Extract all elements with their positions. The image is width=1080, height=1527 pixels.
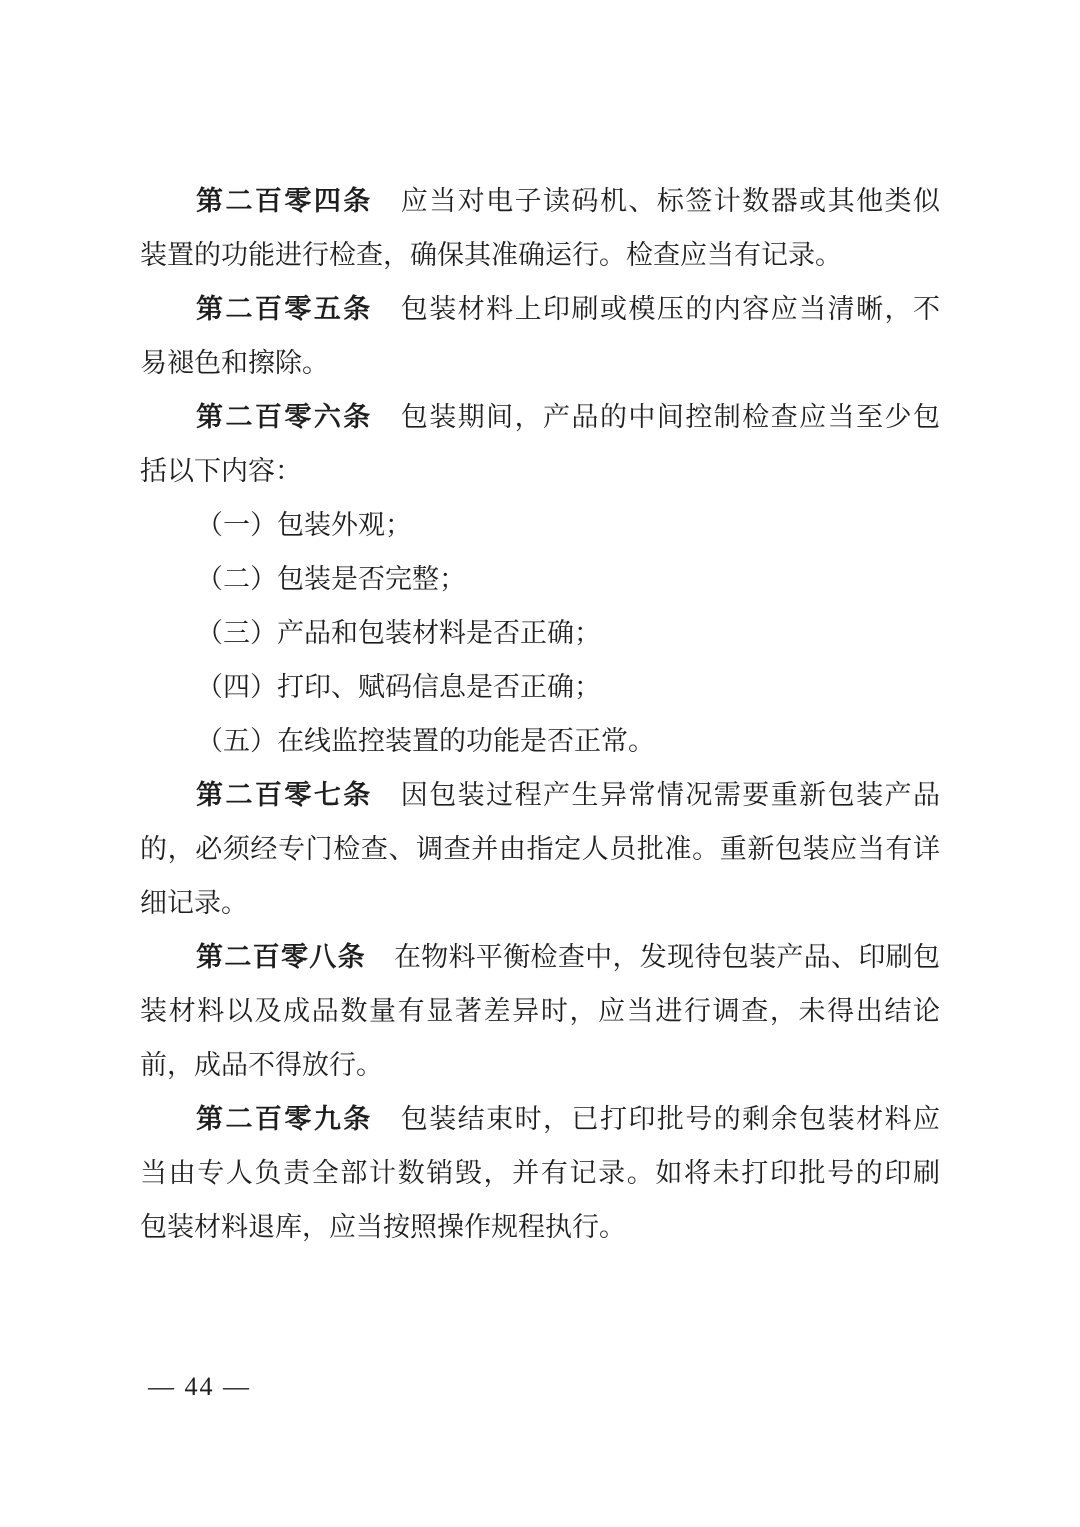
article-207-number: 第二百零七条 <box>196 780 373 810</box>
article-206-list-item-5: （五）在线监控装置的功能是否正常。 <box>140 714 940 768</box>
article-207-text-3: 细记录。 <box>140 888 248 918</box>
article-207-line-2: 的，必须经专门检查、调查并由指定人员批准。重新包装应当有详 <box>140 822 940 876</box>
article-208-text-1: 在物料平衡检查中，发现待包装产品、印刷包 <box>394 942 940 972</box>
article-205-line-1: 第二百零五条包装材料上印刷或模压的内容应当清晰，不 <box>140 282 940 336</box>
article-206-list-item-1: （一）包装外观； <box>140 498 940 552</box>
list-item-4-text: （四）打印、赋码信息是否正确； <box>196 672 601 702</box>
article-206-text-1: 包装期间，产品的中间控制检查应当至少包 <box>401 402 940 432</box>
article-204-text-2: 装置的功能进行检查，确保其准确运行。检查应当有记录。 <box>140 240 842 270</box>
article-209-line-1: 第二百零九条包装结束时，已打印批号的剩余包装材料应 <box>140 1092 940 1146</box>
page-number: — 44 — <box>148 1372 251 1401</box>
article-209-line-2: 当由专人负责全部计数销毁，并有记录。如将未打印批号的印刷 <box>140 1146 940 1200</box>
article-208-line-1: 第二百零八条在物料平衡检查中，发现待包装产品、印刷包 <box>140 930 940 984</box>
article-208-text-3: 前，成品不得放行。 <box>140 1050 383 1080</box>
article-209-text-3: 包装材料退库，应当按照操作规程执行。 <box>140 1212 626 1242</box>
page-footer: — 44 — <box>148 1372 251 1402</box>
list-item-2-text: （二）包装是否完整； <box>196 564 466 594</box>
document-body: 第二百零四条应当对电子读码机、标签计数器或其他类似 装置的功能进行检查，确保其准… <box>140 174 940 1254</box>
list-item-3-text: （三）产品和包装材料是否正确； <box>196 618 601 648</box>
article-204-line-1: 第二百零四条应当对电子读码机、标签计数器或其他类似 <box>140 174 940 228</box>
article-207-text-1: 因包装过程产生异常情况需要重新包装产品 <box>401 780 940 810</box>
article-208-line-2: 装材料以及成品数量有显著差异时，应当进行调查，未得出结论 <box>140 984 940 1038</box>
article-209-number: 第二百零九条 <box>196 1104 373 1134</box>
list-item-1-text: （一）包装外观； <box>196 510 412 540</box>
article-204-line-2: 装置的功能进行检查，确保其准确运行。检查应当有记录。 <box>140 228 940 282</box>
article-204-number: 第二百零四条 <box>196 186 373 216</box>
article-207-text-2: 的，必须经专门检查、调查并由指定人员批准。重新包装应当有详 <box>140 834 940 864</box>
article-206-list-item-4: （四）打印、赋码信息是否正确； <box>140 660 940 714</box>
article-206-number: 第二百零六条 <box>196 402 373 432</box>
article-208-number: 第二百零八条 <box>196 942 366 972</box>
article-205-number: 第二百零五条 <box>196 294 373 324</box>
list-item-5-text: （五）在线监控装置的功能是否正常。 <box>196 726 655 756</box>
article-209-text-1: 包装结束时，已打印批号的剩余包装材料应 <box>401 1104 940 1134</box>
article-206-line-2: 括以下内容： <box>140 444 940 498</box>
article-205-text-1: 包装材料上印刷或模压的内容应当清晰，不 <box>401 294 940 324</box>
article-208-line-3: 前，成品不得放行。 <box>140 1038 940 1092</box>
article-205-text-2: 易褪色和擦除。 <box>140 348 329 378</box>
document-page: 第二百零四条应当对电子读码机、标签计数器或其他类似 装置的功能进行检查，确保其准… <box>0 0 1080 1527</box>
article-209-text-2: 当由专人负责全部计数销毁，并有记录。如将未打印批号的印刷 <box>140 1158 940 1188</box>
article-207-line-1: 第二百零七条因包装过程产生异常情况需要重新包装产品 <box>140 768 940 822</box>
article-206-line-1: 第二百零六条包装期间，产品的中间控制检查应当至少包 <box>140 390 940 444</box>
article-208-text-2: 装材料以及成品数量有显著差异时，应当进行调查，未得出结论 <box>140 996 940 1026</box>
article-206-list-item-3: （三）产品和包装材料是否正确； <box>140 606 940 660</box>
article-206-list-item-2: （二）包装是否完整； <box>140 552 940 606</box>
article-205-line-2: 易褪色和擦除。 <box>140 336 940 390</box>
article-204-text-1: 应当对电子读码机、标签计数器或其他类似 <box>401 186 940 216</box>
article-207-line-3: 细记录。 <box>140 876 940 930</box>
article-209-line-3: 包装材料退库，应当按照操作规程执行。 <box>140 1200 940 1254</box>
article-206-text-2: 括以下内容： <box>140 456 302 486</box>
